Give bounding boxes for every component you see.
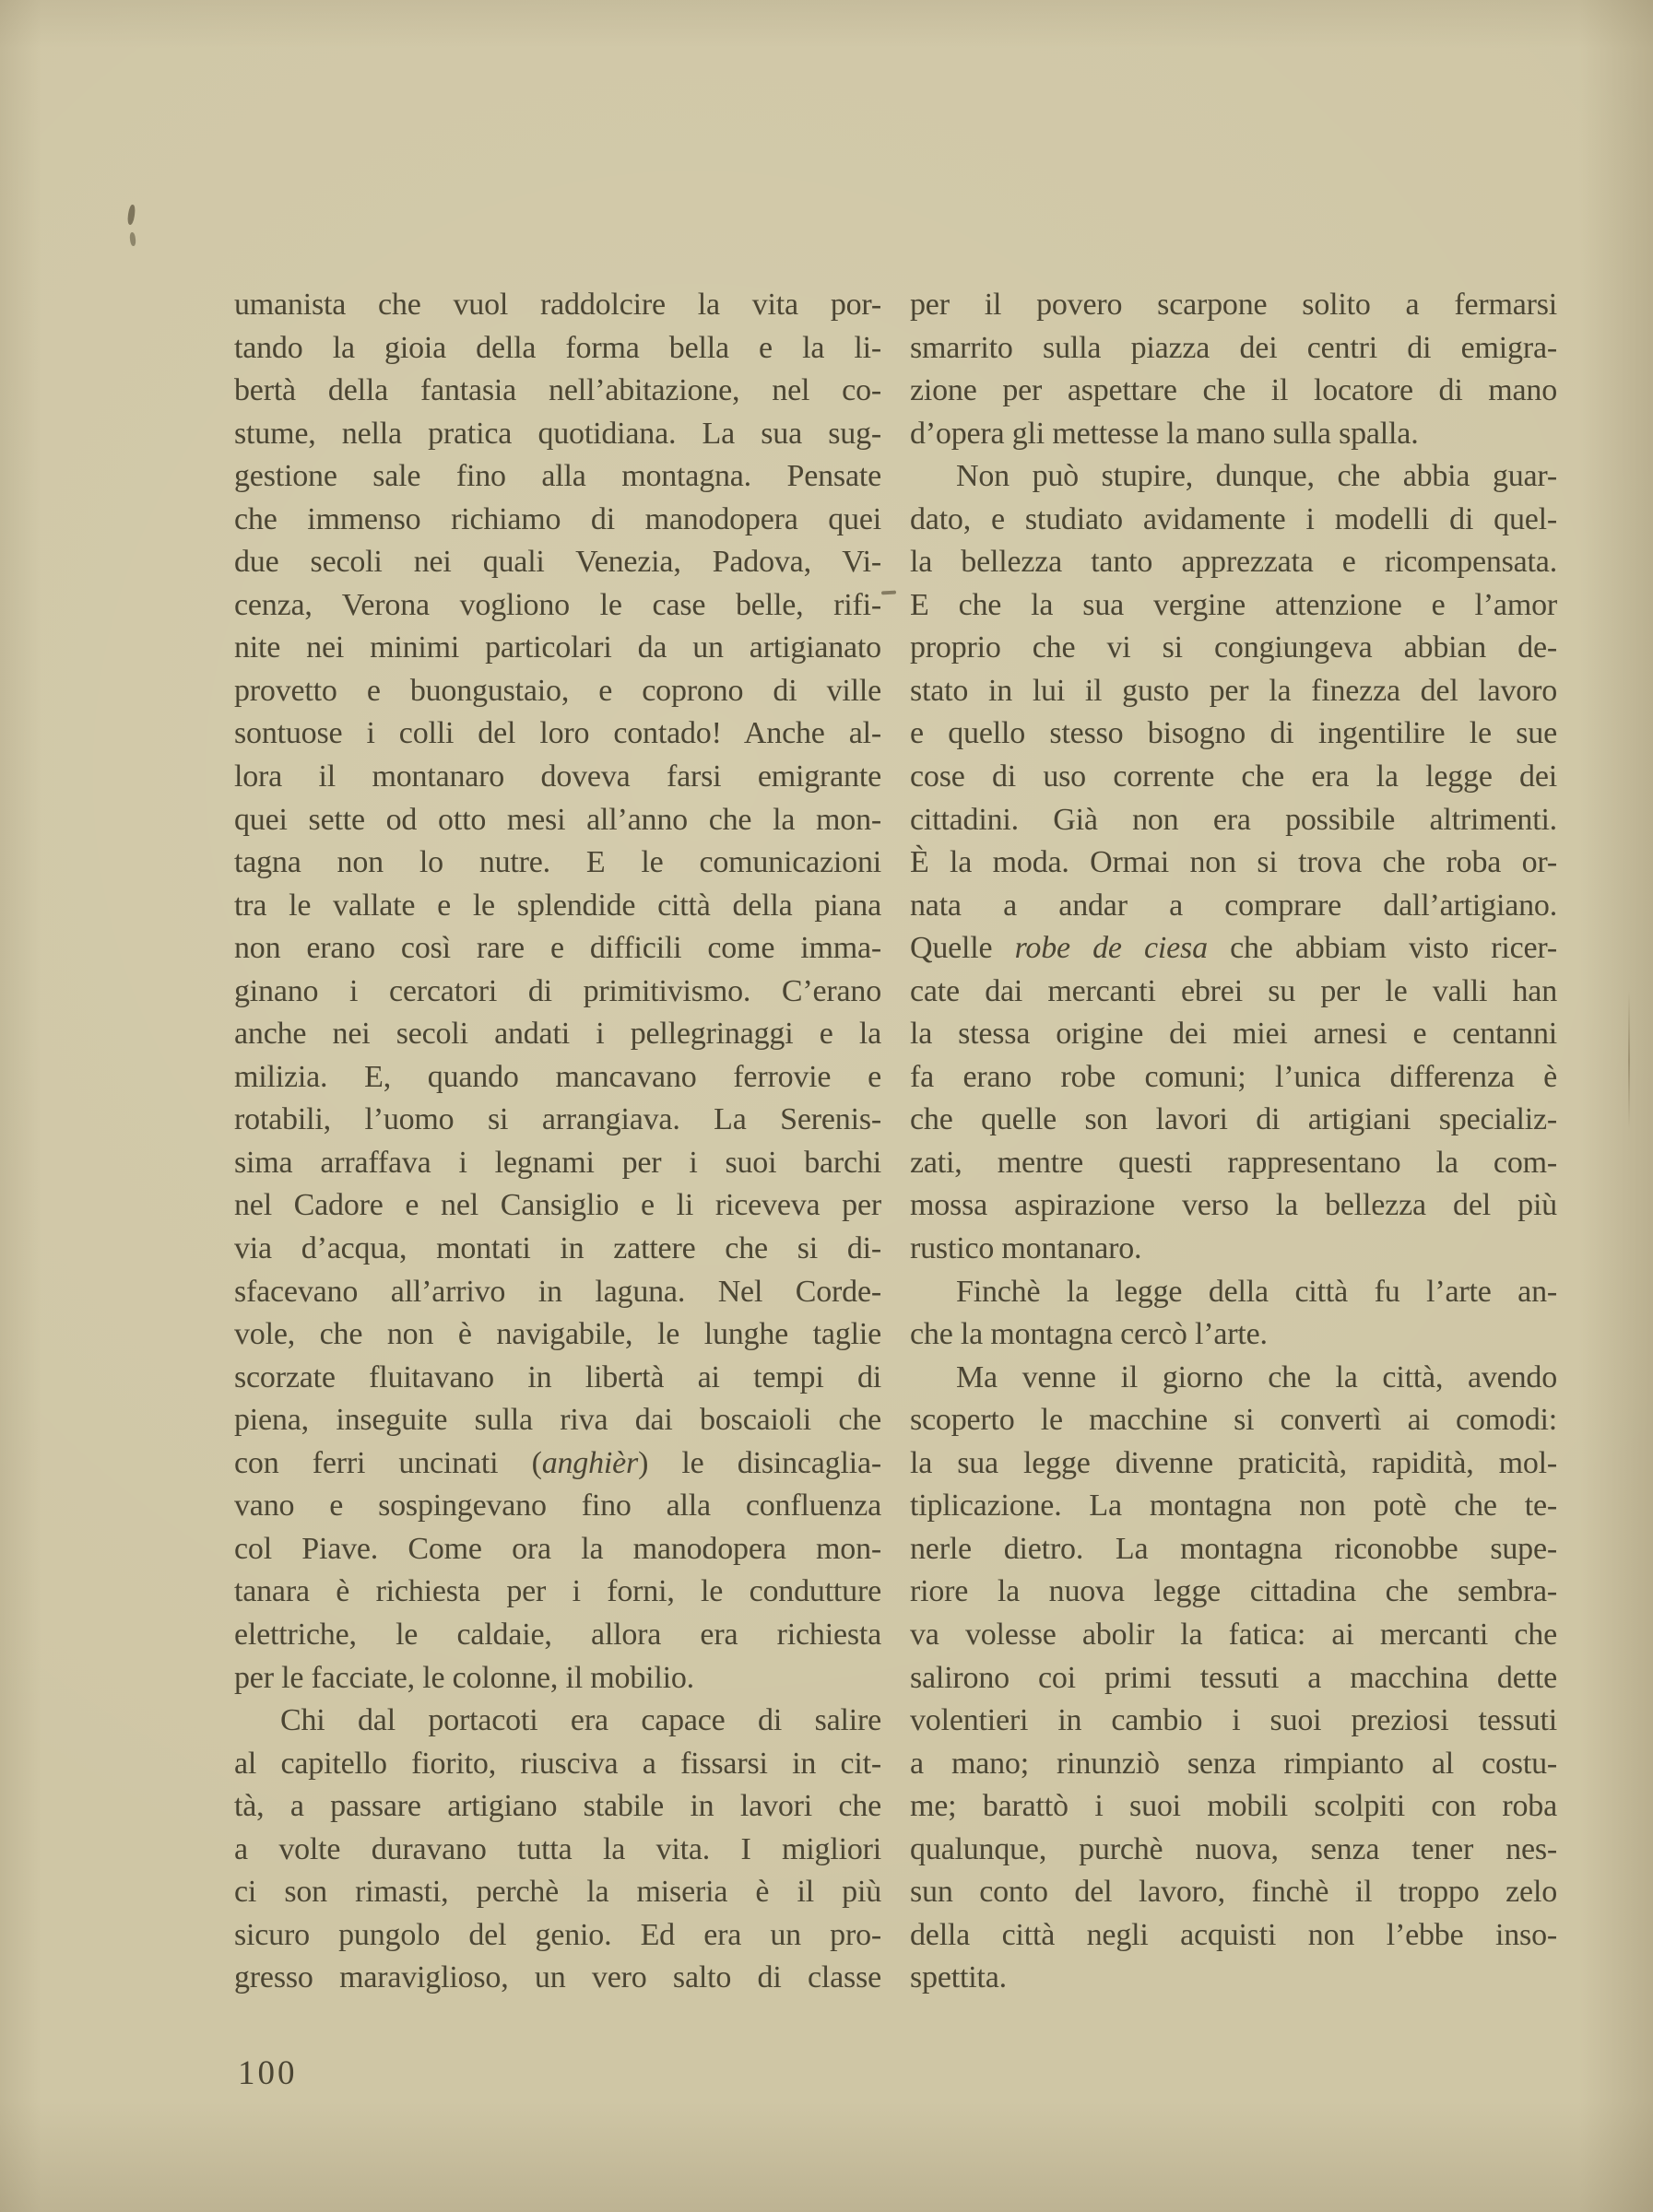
text-line: stato in lui il gusto per la finezza del… <box>910 670 1557 713</box>
text-line: zati, mentre questi rappresentano la com… <box>910 1142 1557 1185</box>
text-line: bertà della fantasia nell’abitazione, ne… <box>234 370 881 413</box>
text-line: cate dai mercanti ebrei su per le valli … <box>910 971 1557 1014</box>
text-line: provetto e buongustaio, e coprono di vil… <box>234 670 881 713</box>
text-line: spettita. <box>910 1957 1557 2000</box>
text-line: Chi dal portacoti era capace di salire <box>234 1700 881 1743</box>
text-line: tanara è richiesta per i forni, le condu… <box>234 1571 881 1614</box>
text-line: che immenso richiamo di manodopera quei <box>234 499 881 542</box>
text-line: della città negli acquisti non l’ebbe in… <box>910 1914 1557 1958</box>
text-line: scoperto le macchine si convertì ai como… <box>910 1399 1557 1442</box>
text-line: per le facciate, le colonne, il mobilio. <box>234 1657 881 1700</box>
text-line: nerle dietro. La montagna riconobbe supe… <box>910 1528 1557 1571</box>
text-line: la bellezza tanto apprezzata e ricompens… <box>910 541 1557 584</box>
text-column-right: per il povero scarpone solito a fermarsi… <box>910 284 1557 2000</box>
text-line: Ma venne il giorno che la città, avendo <box>910 1357 1557 1400</box>
text-line: sicuro pungolo del genio. Ed era un pro- <box>234 1914 881 1958</box>
book-page: umanista che vuol raddolcire la vita por… <box>0 0 1653 2212</box>
text-line: tà, a passare artigiano stabile in lavor… <box>234 1785 881 1829</box>
text-line: E che la sua vergine attenzione e l’amor <box>910 584 1557 628</box>
text-line: Finchè la legge della città fu l’arte an… <box>910 1271 1557 1314</box>
ink-speck <box>127 205 136 226</box>
text-line: proprio che vi si congiungeva abbian de- <box>910 627 1557 670</box>
text-line: sfacevano all’arrivo in laguna. Nel Cord… <box>234 1271 881 1314</box>
text-line: la stessa origine dei miei arnesi e cent… <box>910 1013 1557 1056</box>
text-line: ci son rimasti, perchè la miseria è il p… <box>234 1871 881 1914</box>
text-line: piena, inseguite sulla riva dai boscaiol… <box>234 1399 881 1442</box>
text-line: Quelle robe de ciesa che abbiam visto ri… <box>910 927 1557 971</box>
text-line: qualunque, purchè nuova, senza tener nes… <box>910 1829 1557 1872</box>
text-line: via d’acqua, montati in zattere che si d… <box>234 1228 881 1271</box>
text-line: non erano così rare e difficili come imm… <box>234 927 881 971</box>
text-line: gresso maraviglioso, un vero salto di cl… <box>234 1957 881 2000</box>
text-line: tando la gioia della forma bella e la li… <box>234 327 881 371</box>
text-line: smarrito sulla piazza dei centri di emig… <box>910 327 1557 371</box>
text-line: vano e sospingevano fino alla confluenza <box>234 1485 881 1528</box>
text-line: fa erano robe comuni; l’unica differenza… <box>910 1056 1557 1100</box>
text-line: che la montagna cercò l’arte. <box>910 1313 1557 1357</box>
text-line: rustico montanaro. <box>910 1228 1557 1271</box>
text-line: cose di uso corrente che era la legge de… <box>910 756 1557 799</box>
text-line: sun conto del lavoro, finchè il troppo z… <box>910 1871 1557 1914</box>
text-line: riore la nuova legge cittadina che sembr… <box>910 1571 1557 1614</box>
paper-crease <box>1628 991 1630 1129</box>
text-line: mossa aspirazione verso la bellezza del … <box>910 1184 1557 1228</box>
text-line: nel Cadore e nel Cansiglio e li riceveva… <box>234 1184 881 1228</box>
text-line: col Piave. Come ora la manodopera mon- <box>234 1528 881 1571</box>
text-line: tiplicazione. La montagna non potè che t… <box>910 1485 1557 1528</box>
text-line: anche nei secoli andati i pellegrinaggi … <box>234 1013 881 1056</box>
text-line: la sua legge divenne praticità, rapidità… <box>910 1442 1557 1486</box>
text-line: cittadini. Già non era possibile altrime… <box>910 799 1557 842</box>
text-line: e quello stesso bisogno di ingentilire l… <box>910 712 1557 756</box>
text-line: dato, e studiato avidamente i modelli di… <box>910 499 1557 542</box>
text-line: me; barattò i suoi mobili scolpiti con r… <box>910 1785 1557 1829</box>
ink-dash-artifact <box>881 591 896 595</box>
text-line: nata a andar a comprare dall’artigiano. <box>910 885 1557 928</box>
text-line: tra le vallate e le splendide città dell… <box>234 885 881 928</box>
text-line: tagna non lo nutre. E le comunicazioni <box>234 841 881 885</box>
text-line: cenza, Verona vogliono le case belle, ri… <box>234 584 881 628</box>
text-line: rotabili, l’uomo si arrangiava. La Seren… <box>234 1099 881 1142</box>
text-line: a volte duravano tutta la vita. I miglio… <box>234 1829 881 1872</box>
text-line: sima arraffava i legnami per i suoi barc… <box>234 1142 881 1185</box>
text-line: sontuose i colli del loro contado! Anche… <box>234 712 881 756</box>
ink-speck <box>129 232 136 247</box>
text-line: scorzate fluitavano in libertà ai tempi … <box>234 1357 881 1400</box>
text-line: lora il montanaro doveva farsi emigrante <box>234 756 881 799</box>
text-line: d’opera gli mettesse la mano sulla spall… <box>910 413 1557 456</box>
text-line: nite nei minimi particolari da un artigi… <box>234 627 881 670</box>
text-line: zione per aspettare che il locatore di m… <box>910 370 1557 413</box>
text-line: elettriche, le caldaie, allora era richi… <box>234 1614 881 1657</box>
text-line: per il povero scarpone solito a fermarsi <box>910 284 1557 327</box>
text-line: due secoli nei quali Venezia, Padova, Vi… <box>234 541 881 584</box>
text-line: Non può stupire, dunque, che abbia guar- <box>910 455 1557 499</box>
text-line: va volesse abolir la fatica: ai mercanti… <box>910 1614 1557 1657</box>
text-line: con ferri uncinati (anghièr) le disincag… <box>234 1442 881 1486</box>
text-line: quei sette od otto mesi all’anno che la … <box>234 799 881 842</box>
text-line: gestione sale fino alla montagna. Pensat… <box>234 455 881 499</box>
text-line: milizia. E, quando mancavano ferrovie e <box>234 1056 881 1100</box>
page-number: 100 <box>238 2053 298 2093</box>
text-line: che quelle son lavori di artigiani speci… <box>910 1099 1557 1142</box>
text-line: stume, nella pratica quotidiana. La sua … <box>234 413 881 456</box>
text-line: a mano; rinunziò senza rimpianto al cost… <box>910 1743 1557 1786</box>
text-line: È la moda. Ormai non si trova che roba o… <box>910 841 1557 885</box>
text-line: salirono coi primi tessuti a macchina de… <box>910 1657 1557 1700</box>
text-line: al capitello fiorito, riusciva a fissars… <box>234 1743 881 1786</box>
text-line: ginano i cercatori di primitivismo. C’er… <box>234 971 881 1014</box>
text-column-left: umanista che vuol raddolcire la vita por… <box>234 284 881 2000</box>
text-line: vole, che non è navigabile, le lunghe ta… <box>234 1313 881 1357</box>
text-line: umanista che vuol raddolcire la vita por… <box>234 284 881 327</box>
text-line: volentieri in cambio i suoi preziosi tes… <box>910 1700 1557 1743</box>
